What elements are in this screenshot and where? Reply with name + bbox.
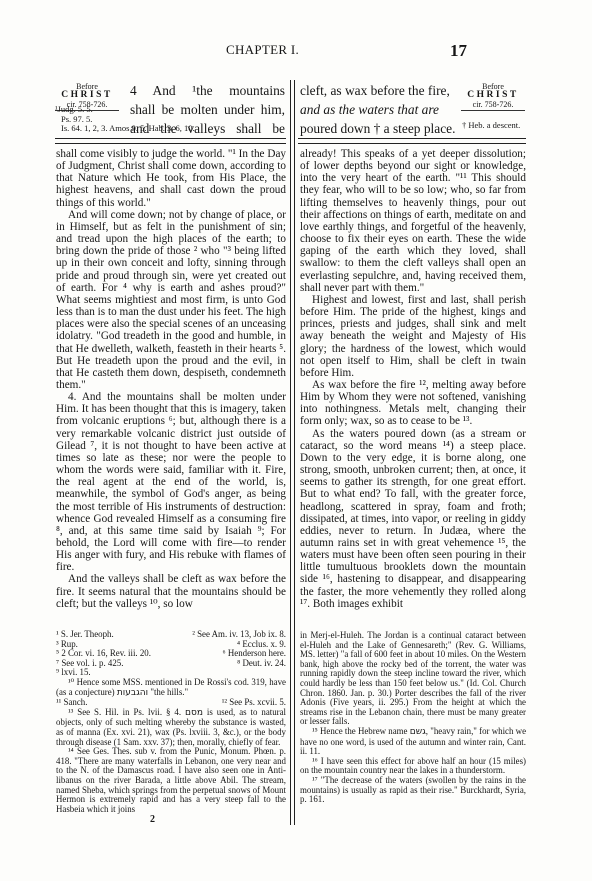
footnotes-left: ¹ S. Jer. Theoph. ² See Am. iv. 13, Job …	[56, 630, 286, 814]
footnote-continuation: in Merj-el-Huleh. The Jordan is a contin…	[300, 631, 526, 727]
footnote-text: ¹³ See S. Hil. in Ps. lvii. § 4.	[68, 707, 181, 717]
hebrew-word: גשם	[410, 727, 426, 737]
footnote-14: ¹⁴ See Ges. Thes. sub v. from the Punic,…	[56, 747, 286, 814]
margin-christ: CHRIST	[55, 91, 119, 100]
signature-mark: 2	[150, 814, 155, 825]
hebrew-word: והגבעות	[117, 688, 148, 698]
page-number: 17	[450, 41, 467, 61]
paragraph: 4. And the mountains shall be molten und…	[56, 391, 286, 573]
cross-ref: Is. 64. 1, 2, 3. Amos 9. 5. Hab. 3. 6, 1…	[55, 124, 195, 134]
commentary-left-column: shall come visibly to judge the world. "…	[56, 148, 286, 610]
scripture-verse-right: cleft, as wax before the fire, and as th…	[300, 81, 460, 138]
paragraph: already! This speaks of a yet deeper dis…	[300, 148, 526, 294]
running-head: CHAPTER I. 17	[0, 42, 592, 62]
paragraph: And the valleys shall be cleft as wax be…	[56, 573, 286, 609]
chapter-title: CHAPTER I.	[226, 42, 299, 58]
paragraph: shall come visibly to judge the world. "…	[56, 148, 286, 209]
verse-line: and as the waters that are	[300, 100, 460, 119]
verse-line: poured down † a steep place.	[300, 119, 460, 138]
footnote-15: ¹⁵ Hence the Hebrew name גשם, "heavy rai…	[300, 727, 526, 757]
commentary-right-column: already! This speaks of a yet deeper dis…	[300, 148, 526, 610]
footnote: ⁸ Deut. iv. 24.	[174, 659, 286, 669]
margin-date: cir. 758-726.	[461, 100, 525, 111]
cross-references: ¹Judg. 5. 5. Ps. 97. 5. Is. 64. 1, 2, 3.…	[55, 105, 195, 134]
paragraph: As the waters poured down (as a stream o…	[300, 428, 526, 610]
hebrew-note: † Heb. a descent.	[462, 120, 520, 130]
paragraph: And will come down; not by change of pla…	[56, 209, 286, 391]
divider-rule	[55, 138, 286, 144]
footnote-grid: ¹ S. Jer. Theoph. ² See Am. iv. 13, Job …	[56, 630, 286, 678]
paragraph: As wax before the fire ¹², melting away …	[300, 379, 526, 428]
divider-rule	[298, 138, 526, 144]
footnote-10: ¹⁰ Hence some MSS. mentioned in De Rossi…	[56, 678, 286, 698]
footnote-16: ¹⁶ I have seen this effect for above hal…	[300, 757, 526, 776]
verse-line: 4 And ¹the mountains	[130, 81, 285, 100]
footnote-13: ¹³ See S. Hil. in Ps. lvii. § 4. מסם is …	[56, 708, 286, 747]
margin-date-right: Before CHRIST cir. 758-726.	[461, 82, 525, 111]
verse-line: cleft, as wax before the fire,	[300, 81, 460, 100]
footnote-17: ¹⁷ "The decrease of the waters (swollen …	[300, 776, 526, 805]
footnotes-right: in Merj-el-Huleh. The Jordan is a contin…	[300, 631, 526, 805]
footnote-text: "the hills."	[150, 687, 188, 697]
paragraph: Highest and lowest, first and last, shal…	[300, 294, 526, 379]
footnote-text: ¹⁵ Hence the Hebrew name	[312, 726, 408, 736]
column-divider	[290, 80, 295, 825]
hebrew-word: מסם	[185, 708, 203, 718]
margin-christ: CHRIST	[461, 91, 525, 100]
